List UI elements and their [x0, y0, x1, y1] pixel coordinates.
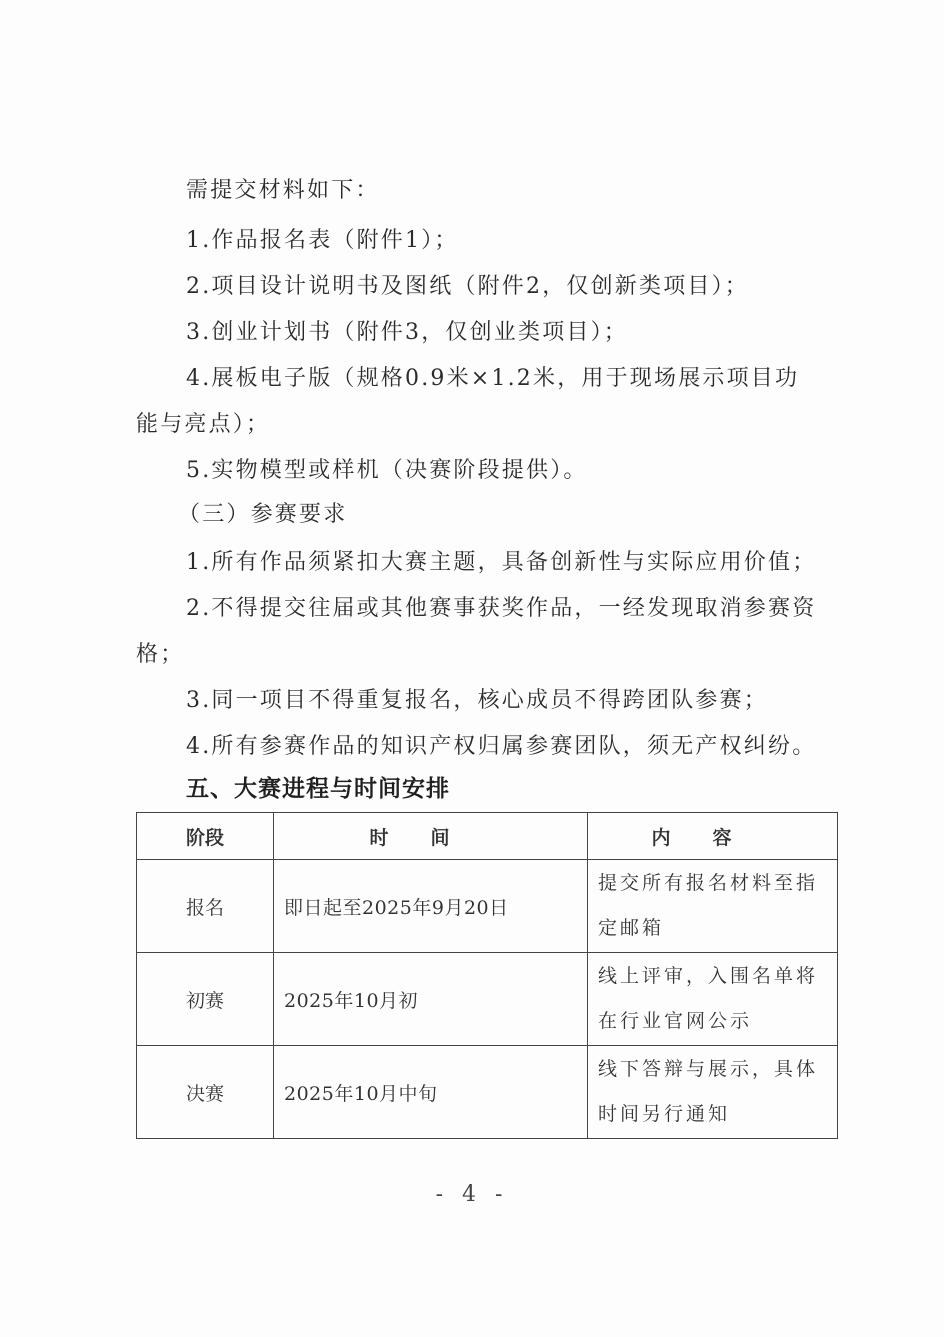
table-row: 初赛 2025年10月初 线上评审，入围名单将在行业官网公示: [137, 953, 838, 1046]
material-item-5: 5.实物模型或样机（决赛阶段提供）。: [186, 456, 588, 486]
materials-intro: 需提交材料如下：: [186, 176, 380, 206]
table-header-row: 阶段 时间 内容: [137, 813, 838, 860]
header-stage: 阶段: [137, 813, 274, 860]
requirements-title: （三）参赛要求: [178, 500, 347, 530]
schedule-table: 阶段 时间 内容 报名 即日起至2025年9月20日 提交所有报名材料至指定邮箱…: [136, 812, 838, 1139]
header-content: 内容: [588, 813, 838, 860]
requirement-item-1: 1.所有作品须紧扣大赛主题，具备创新性与实际应用价值；: [186, 548, 816, 578]
cell-stage: 报名: [137, 860, 274, 953]
cell-time: 2025年10月中旬: [274, 1046, 588, 1139]
material-item-4: 4.展板电子版（规格0.9米×1.2米，用于现场展示项目功: [186, 364, 799, 394]
material-item-3: 3.创业计划书（附件3，仅创业类项目）；: [186, 318, 628, 348]
material-item-2: 2.项目设计说明书及图纸（附件2，仅创新类项目）；: [186, 272, 749, 302]
cell-content: 提交所有报名材料至指定邮箱: [588, 860, 838, 953]
header-time: 时间: [274, 813, 588, 860]
requirement-item-2: 2.不得提交往届或其他赛事获奖作品，一经发现取消参赛资: [186, 594, 816, 624]
cell-content: 线上评审，入围名单将在行业官网公示: [588, 953, 838, 1046]
requirement-item-2-cont: 格；: [136, 640, 184, 670]
table-row: 报名 即日起至2025年9月20日 提交所有报名材料至指定邮箱: [137, 860, 838, 953]
cell-content: 线下答辩与展示，具体时间另行通知: [588, 1046, 838, 1139]
cell-time: 即日起至2025年9月20日: [274, 860, 588, 953]
section-heading: 五、大赛进程与时间安排: [186, 774, 450, 804]
cell-stage: 初赛: [137, 953, 274, 1046]
cell-stage: 决赛: [137, 1046, 274, 1139]
requirement-item-3: 3.同一项目不得重复报名，核心成员不得跨团队参赛；: [186, 686, 768, 716]
page-number: - 4 -: [0, 1182, 944, 1207]
material-item-4-cont: 能与亮点）；: [136, 410, 270, 440]
table-row: 决赛 2025年10月中旬 线下答辩与展示，具体时间另行通知: [137, 1046, 838, 1139]
cell-time: 2025年10月初: [274, 953, 588, 1046]
requirement-item-4: 4.所有参赛作品的知识产权归属参赛团队，须无产权纠纷。: [186, 732, 816, 762]
material-item-1: 1.作品报名表（附件1）；: [186, 226, 459, 256]
